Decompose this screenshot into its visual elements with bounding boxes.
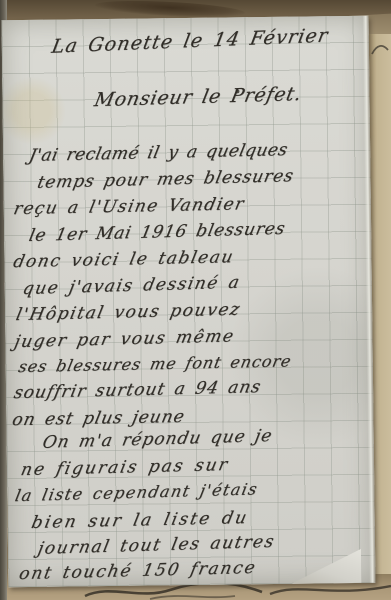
letter-body-line: que j'avais dessiné a: [21, 273, 242, 300]
letter-body-line: ne figurais pas sur: [19, 455, 231, 480]
letter-body-line: on est plus jeune: [10, 407, 186, 430]
letter-body-line: bien sur la liste du: [30, 508, 251, 533]
letter-body-line: J'ai reclamé il y a quelques: [27, 140, 289, 166]
letter-body-line: l'Hôpital vous pouvez: [14, 300, 243, 326]
letter-body-line: souffrir surtout a 94 ans: [12, 377, 263, 403]
letter-body-line: le 1er Mai 1916 blessures: [27, 219, 287, 246]
ink-dot: [208, 156, 211, 159]
letter-place-date-line: La Gonette le 14 Février: [50, 24, 331, 57]
letter-body-line: temps pour mes blessures: [35, 166, 295, 193]
letter-salutation-line: Monsieur le Préfet.: [92, 83, 304, 111]
photograph-of-handwritten-letter: La Gonette le 14 Février Monsieur le Pré…: [0, 0, 391, 600]
letter-body-line: reçu a l'Usine Vandier: [12, 194, 247, 219]
letter-body-line: donc voici le tableau: [11, 247, 236, 272]
letter-body-line: journal tout les autres: [36, 532, 277, 559]
letter-body-line: On m'a répondu que je: [41, 426, 275, 453]
letter-body-line: juger par vous même: [12, 326, 236, 352]
sheet-corner-fold: [291, 549, 361, 584]
letter-body-line: ses blessures me font encore: [17, 351, 294, 376]
ink-dot: [235, 89, 239, 93]
adjacent-sheet-writing-mark: [370, 38, 390, 62]
letter-body-line: la liste cependant j'étais: [13, 479, 260, 505]
letter-sheet: La Gonette le 14 Février Monsieur le Pré…: [2, 16, 376, 587]
letter-body-line: ont touché 150 france: [17, 558, 258, 584]
